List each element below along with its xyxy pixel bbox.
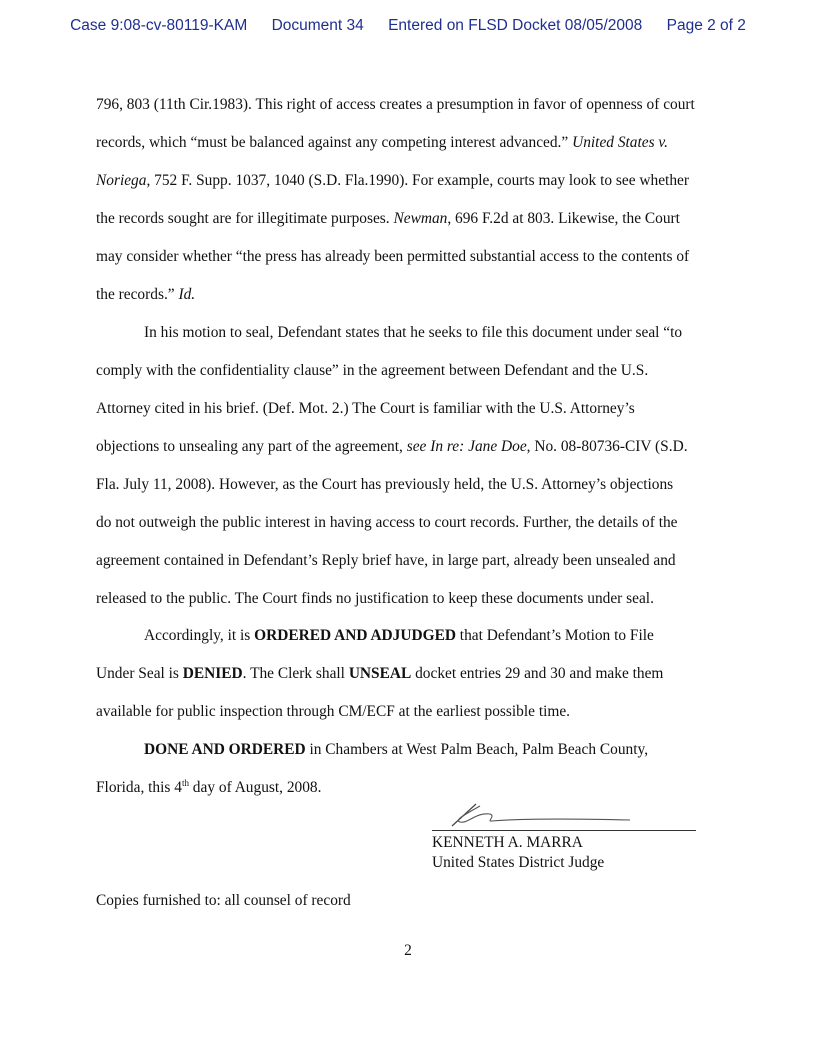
p2-line-5: Fla. July 11, 2008). However, as the Cou… bbox=[96, 476, 673, 494]
p1-line-3: Noriega, 752 F. Supp. 1037, 1040 (S.D. F… bbox=[96, 172, 689, 190]
text: records, which “must be balanced against… bbox=[96, 134, 572, 151]
signature-icon bbox=[446, 800, 636, 830]
order-emphasis: ORDERED AND ADJUDGED bbox=[254, 627, 456, 644]
order-emphasis: DONE AND ORDERED bbox=[144, 741, 306, 758]
case-citation: United States v. bbox=[572, 134, 668, 151]
p2-line-8: released to the public. The Court finds … bbox=[96, 590, 654, 608]
case-citation: see In re: Jane Doe bbox=[407, 438, 527, 455]
text: the records.” bbox=[96, 286, 178, 303]
p2-line-4: objections to unsealing any part of the … bbox=[96, 438, 688, 456]
text: . The Clerk shall bbox=[243, 665, 349, 682]
order-emphasis: DENIED bbox=[183, 665, 243, 682]
text: docket entries 29 and 30 and make them bbox=[411, 665, 663, 682]
order-emphasis: UNSEAL bbox=[349, 665, 411, 682]
case-citation: Newman bbox=[393, 210, 447, 227]
text: , No. 08-80736-CIV (S.D. bbox=[527, 438, 688, 455]
docket-header: Case 9:08-cv-80119-KAM Document 34 Enter… bbox=[0, 17, 816, 35]
judge-name: KENNETH A. MARRA bbox=[432, 834, 583, 852]
page-number: 2 bbox=[0, 942, 816, 960]
p1-line-1: 796, 803 (11th Cir.1983). This right of … bbox=[96, 96, 695, 114]
text: the records sought are for illegitimate … bbox=[96, 210, 393, 227]
p2-line-7: agreement contained in Defendant’s Reply… bbox=[96, 552, 676, 570]
text: day of August, 2008. bbox=[189, 779, 322, 796]
text: Florida, this 4 bbox=[96, 779, 182, 796]
text: objections to unsealing any part of the … bbox=[96, 438, 407, 455]
p4-line-1: DONE AND ORDERED in Chambers at West Pal… bbox=[144, 741, 648, 759]
case-number: Case 9:08-cv-80119-KAM bbox=[70, 17, 247, 34]
p1-line-6: the records.” Id. bbox=[96, 286, 195, 304]
p2-line-3: Attorney cited in his brief. (Def. Mot. … bbox=[96, 400, 635, 418]
text: Under Seal is bbox=[96, 665, 183, 682]
text: that Defendant’s Motion to File bbox=[456, 627, 654, 644]
text: in Chambers at West Palm Beach, Palm Bea… bbox=[306, 741, 648, 758]
p3-line-1: Accordingly, it is ORDERED AND ADJUDGED … bbox=[144, 627, 654, 645]
entered-date: Entered on FLSD Docket 08/05/2008 bbox=[388, 17, 642, 34]
signature-line bbox=[432, 830, 696, 831]
p1-line-2: records, which “must be balanced against… bbox=[96, 134, 668, 152]
p1-line-4: the records sought are for illegitimate … bbox=[96, 210, 680, 228]
p2-line-2: comply with the confidentiality clause” … bbox=[96, 362, 648, 380]
judge-title: United States District Judge bbox=[432, 854, 604, 872]
copies-furnished: Copies furnished to: all counsel of reco… bbox=[96, 892, 351, 910]
p2-line-1: In his motion to seal, Defendant states … bbox=[144, 324, 682, 342]
case-citation: Noriega bbox=[96, 172, 146, 189]
ordinal-suffix: th bbox=[182, 778, 189, 788]
page-indicator: Page 2 of 2 bbox=[667, 17, 746, 34]
p3-line-2: Under Seal is DENIED. The Clerk shall UN… bbox=[96, 665, 663, 683]
p2-line-6: do not outweigh the public interest in h… bbox=[96, 514, 678, 532]
p4-line-2: Florida, this 4th day of August, 2008. bbox=[96, 779, 321, 797]
text: , 752 F. Supp. 1037, 1040 (S.D. Fla.1990… bbox=[146, 172, 689, 189]
case-citation: Id. bbox=[178, 286, 195, 303]
p3-line-3: available for public inspection through … bbox=[96, 703, 570, 721]
document-number: Document 34 bbox=[272, 17, 364, 34]
text: , 696 F.2d at 803. Likewise, the Court bbox=[447, 210, 680, 227]
p1-line-5: may consider whether “the press has alre… bbox=[96, 248, 689, 266]
text: Accordingly, it is bbox=[144, 627, 254, 644]
